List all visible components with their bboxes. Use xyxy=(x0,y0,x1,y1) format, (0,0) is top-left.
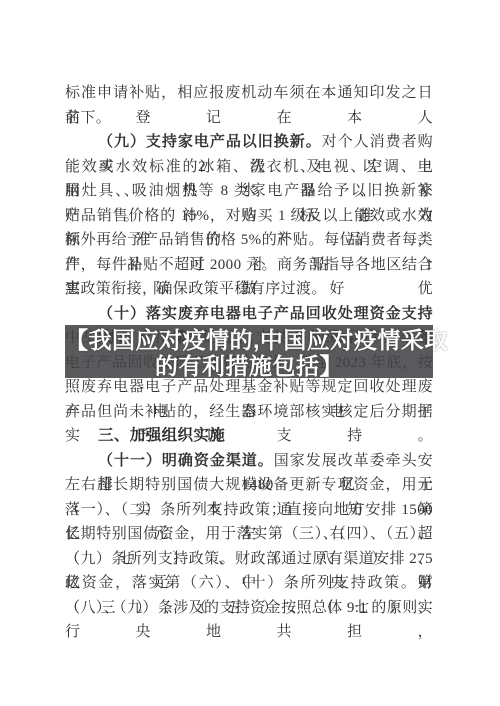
document-line: 长期特别国债资金，用于落实第（三）、（四）、（五）、（七）、（八）、 xyxy=(65,522,433,547)
document-line: （九）支持家电产品以旧换新。对个人消费者购买 2 级及以上 xyxy=(65,130,433,155)
document-line: （八）、（九）条涉及的支持资金按照总体 9:1 的原则实行央地共担， xyxy=(65,596,433,621)
document-line: 政资金，落实第（六）、（十）条所列支持政策。第（三）、（五）、（七）、 xyxy=(65,571,433,596)
document-line: 产品但尚未补贴的，经生态环境部核实核定后分期据实予以支持。 xyxy=(65,400,433,425)
document-line: 件，每件补贴不超过 2000 元。商务部指导各地区结合实际做好优 xyxy=(65,253,433,278)
document-line: （十）落实废弃电器电子产品回收处理资金支持政策。2024 年 xyxy=(65,302,433,327)
document-line: 左右超长期特别国债大规模设备更新专项资金，用于落实本通知第 xyxy=(65,473,433,498)
overlay-caption-line-2: 的有利措施包括】 xyxy=(65,353,433,379)
document-line: 产品销售价格的 15%，对购买 1 级及以上能效或水效标准的产品， xyxy=(65,204,433,229)
document-line: 额外再给予产品销售价格 5%的补贴。每位消费者每类产品可补贴 1 xyxy=(65,228,433,253)
document-line: 标准申请补贴，相应报废机动车须在本通知印发之日前登记在本人 xyxy=(65,81,433,106)
scanned-document-page: 标准申请补贴，相应报废机动车须在本通知印发之日前登记在本人名下。（九）支持家电产… xyxy=(0,0,500,706)
document-line: （十一）明确资金渠道。国家发展改革委牵头安排 1480 亿元 xyxy=(65,449,433,474)
line-bold-heading: （十一）明确资金渠道。 xyxy=(98,453,274,469)
document-line: 能效或水效标准的冰箱、洗衣机、电视、空调、电脑、热水器、家 xyxy=(65,155,433,180)
keyword-overlay-banner: 【我国应对疫情的,中国应对疫情采取 的有利措施包括】 xyxy=(65,325,433,378)
document-line: （一）、（二）条所列支持政策；直接向地方安排 1500 亿元左右超 xyxy=(65,498,433,523)
document-line: （九）条所列支持政策。财政部通过原有渠道安排 275 亿元中央财 xyxy=(65,547,433,572)
overlay-caption-line-1: 【我国应对疫情的,中国应对疫情采取 xyxy=(65,327,433,353)
document-line: 用灶具、吸油烟机等 8 类家电产品给予以旧换新补贴。补贴标准为 xyxy=(65,179,433,204)
line-bold-heading: （九）支持家电产品以旧换新。 xyxy=(98,134,322,150)
